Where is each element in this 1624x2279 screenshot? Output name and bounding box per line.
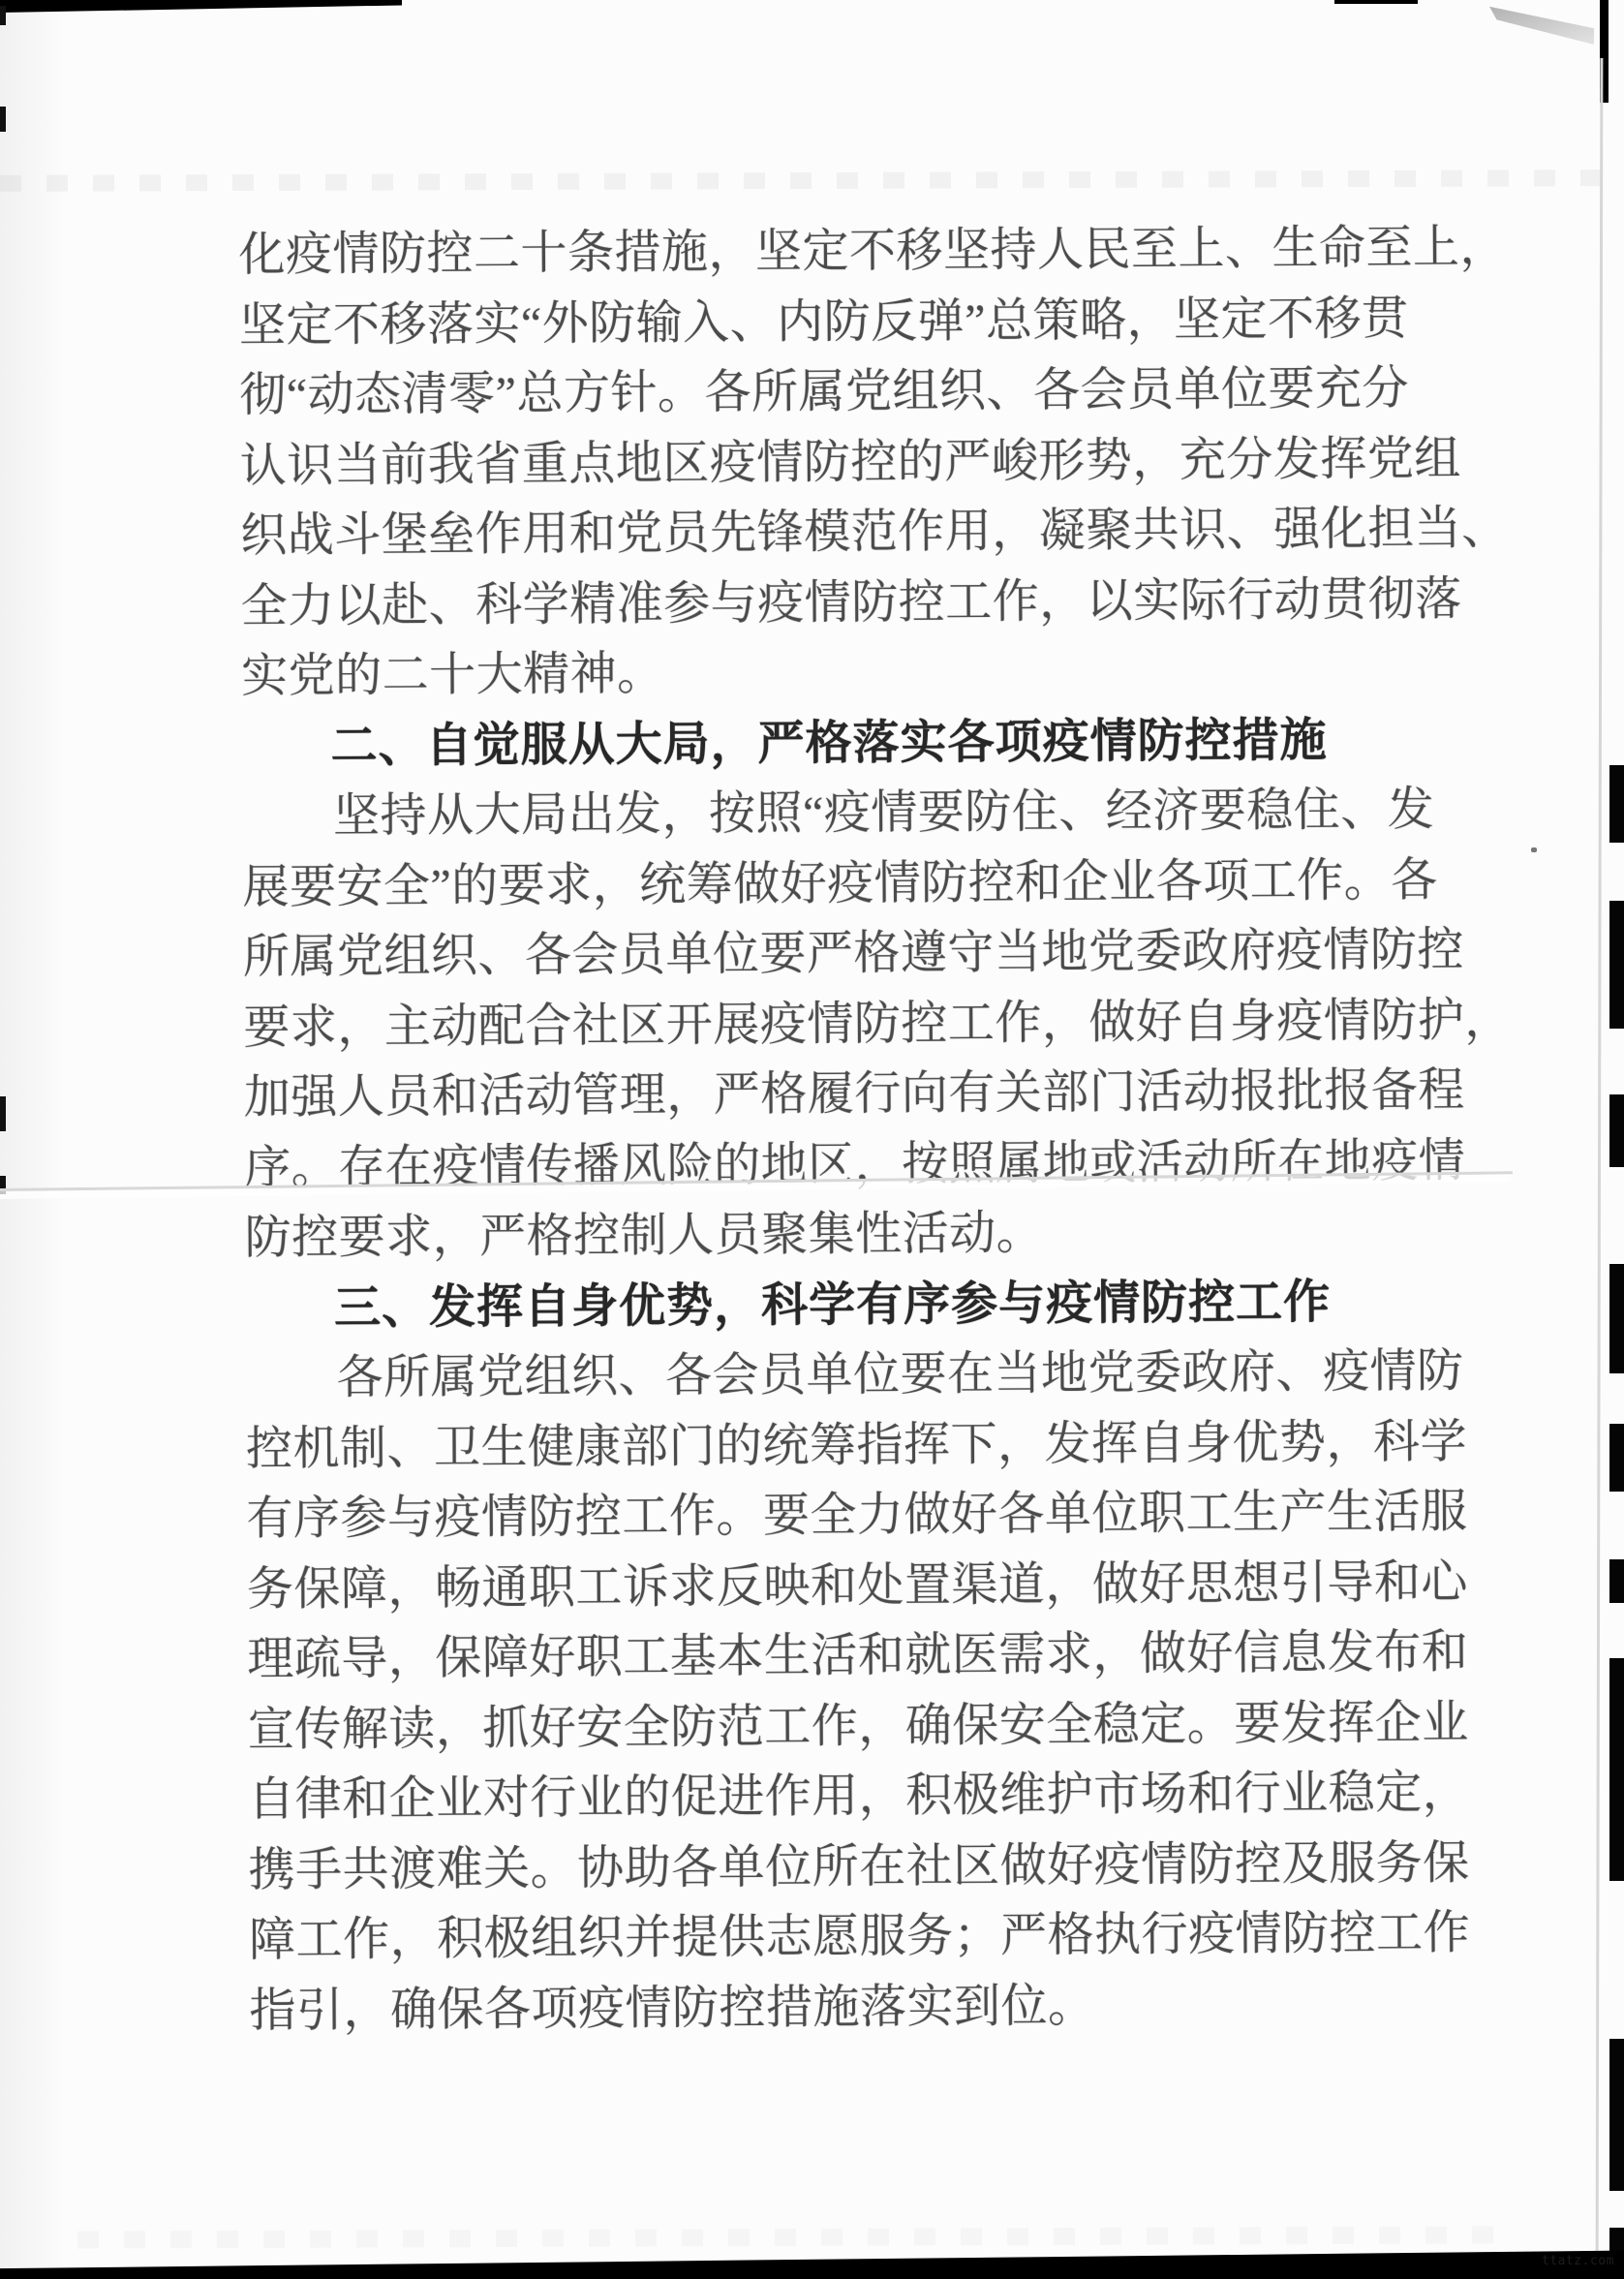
scan-edge-top bbox=[1334, 0, 1418, 4]
scan-stray-dot bbox=[1531, 847, 1537, 852]
scan-corner-streak bbox=[1489, 6, 1594, 45]
scan-edge-left bbox=[0, 1096, 6, 1131]
scan-edge-right bbox=[1609, 1559, 1624, 1603]
text-line: 全力以赴、科学精准参与疫情防控工作，以实际行动贯彻落 bbox=[240, 565, 1408, 642]
scan-edge-right bbox=[1609, 765, 1624, 843]
scan-noise-band bbox=[0, 169, 1624, 192]
text-line: 有序参与疫情防控工作。要全力做好各单位职工生产生活服 bbox=[246, 1477, 1414, 1555]
scan-edge-right bbox=[1609, 901, 1624, 1029]
document-text: 化疫情防控二十条措施，坚定不移坚持人民至上、生命至上， 坚定不移落实“外防输入、… bbox=[238, 213, 1417, 2046]
scan-edge-right bbox=[1609, 1658, 1624, 1881]
text-line: 坚持从大局出发，按照“疫情要防住、经济要稳住、发 bbox=[242, 775, 1410, 852]
section-heading-3: 三、发挥自身优势，科学有序参与疫情防控工作 bbox=[245, 1267, 1413, 1344]
text-line: 所属党组织、各会员单位要严格遵守当地党委政府疫情防控 bbox=[243, 915, 1411, 993]
scan-left-shading bbox=[0, 0, 68, 2279]
text-line: 各所属党组织、各会员单位要在当地党委政府、疫情防 bbox=[245, 1337, 1413, 1414]
scanned-document-page: 化疫情防控二十条措施，坚定不移坚持人民至上、生命至上， 坚定不移落实“外防输入、… bbox=[0, 0, 1624, 2279]
scan-edge-right bbox=[1609, 1264, 1624, 1373]
text-line: 彻“动态清零”总方针。各所属党组织、各会员单位要充分 bbox=[239, 354, 1407, 431]
text-line: 织战斗堡垒作用和党员先锋模范作用，凝聚共识、强化担当、 bbox=[240, 494, 1408, 571]
scan-edge-top bbox=[0, 0, 402, 13]
text-line: 坚定不移落实“外防输入、内防反弹”总策略，坚定不移贯 bbox=[239, 284, 1407, 361]
text-line: 防控要求，严格控制人员聚集性活动。 bbox=[244, 1196, 1412, 1274]
scan-edge-left bbox=[0, 6, 6, 25]
text-line: 宣传解读，抓好安全防范工作，确保安全稳定。要发挥企业 bbox=[248, 1688, 1416, 1766]
text-line: 展要安全”的要求，统筹做好疫情防控和企业各项工作。各 bbox=[242, 846, 1410, 923]
text-line: 障工作，积极组织并提供志愿服务；严格执行疫情防控工作 bbox=[249, 1898, 1417, 1976]
watermark-text: ttatz.com bbox=[1542, 2254, 1614, 2268]
text-line: 控机制、卫生健康部门的统筹指挥下，发挥自身优势，科学 bbox=[246, 1407, 1414, 1485]
scan-edge-right bbox=[1609, 1094, 1624, 1167]
section-heading-2: 二、自觉服从大局，严格落实各项疫情防控措施 bbox=[241, 705, 1409, 783]
text-line: 认识当前我省重点地区疫情防控的严峻形势，充分发挥党组 bbox=[240, 424, 1408, 502]
text-line: 理疏导，保障好职工基本生活和就医需求，做好信息发布和 bbox=[247, 1617, 1415, 1695]
text-line: 携手共渡难关。协助各单位所在社区做好疫情防控及服务保 bbox=[248, 1829, 1416, 1906]
scan-edge-bottom bbox=[0, 2248, 1624, 2279]
scan-noise-band bbox=[77, 2226, 1511, 2248]
text-line: 自律和企业对行业的促进作用，积极维护市场和行业稳定， bbox=[248, 1758, 1416, 1835]
text-line: 务保障，畅通职工诉求反映和处置渠道，做好思想引导和心 bbox=[247, 1548, 1415, 1625]
text-line: 化疫情防控二十条措施，坚定不移坚持人民至上、生命至上， bbox=[238, 213, 1406, 291]
text-line: 实党的二十大精神。 bbox=[241, 634, 1409, 712]
text-line: 指引，确保各项疫情防控措施落实到位。 bbox=[249, 1969, 1417, 2047]
text-line: 加强人员和活动管理，严格履行向有关部门活动报批报备程 bbox=[244, 1056, 1412, 1133]
page-edge-line bbox=[1596, 58, 1604, 2276]
scan-edge-right bbox=[1609, 2039, 1624, 2191]
scan-edge-left bbox=[0, 107, 6, 132]
scan-edge-right bbox=[1609, 1424, 1624, 1492]
text-line: 要求，主动配合社区开展疫情防控工作，做好自身疫情防护， bbox=[243, 986, 1411, 1063]
